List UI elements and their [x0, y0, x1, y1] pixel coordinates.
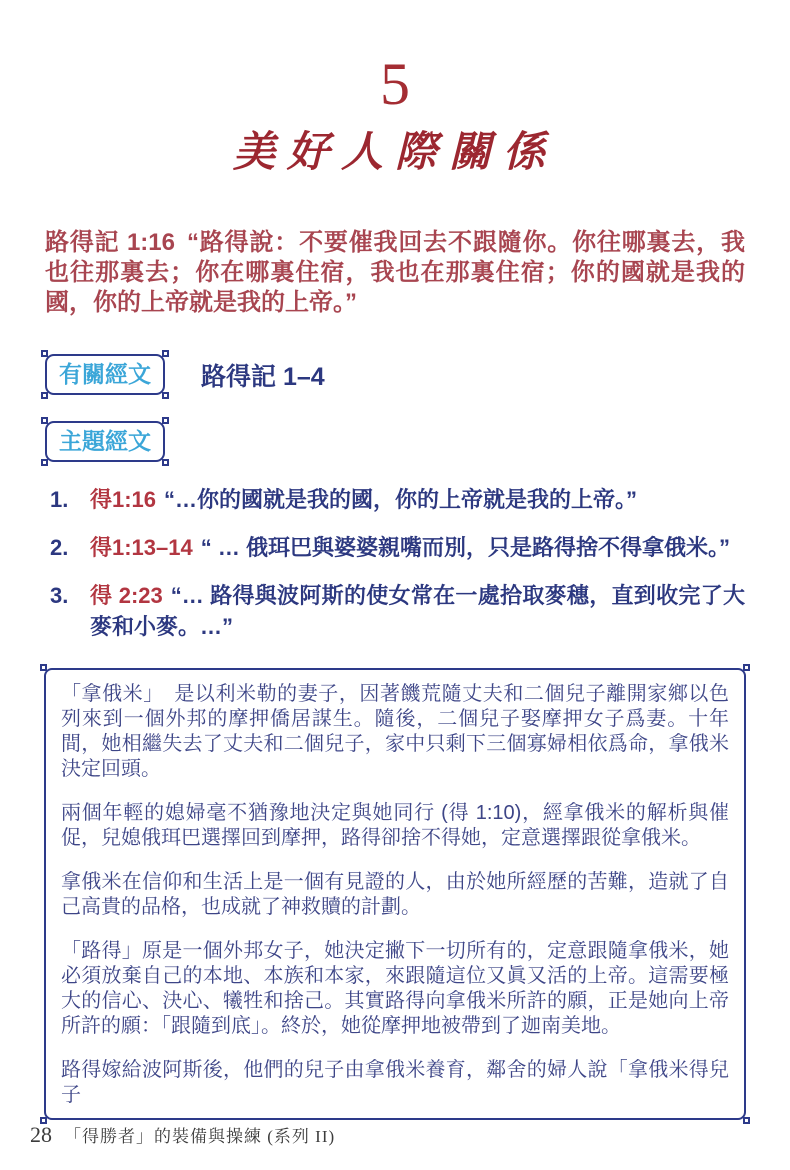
scripture-quote: “… 路得與波阿斯的使女常在一處拾取麥穗，直到收完了大麥和小麥。…” [90, 583, 745, 639]
list-item: 2. 得1:13–14“ … 俄珥巴與婆婆親嘴而別，只是路得捨不得拿俄米。” [50, 532, 745, 563]
list-item: 3. 得 2:23“… 路得與波阿斯的使女常在一處拾取麥穗，直到收完了大麥和小麥… [50, 580, 745, 642]
scripture-reference: 得1:13–14 [90, 535, 193, 560]
list-item-body: 得1:13–14“ … 俄珥巴與婆婆親嘴而別，只是路得捨不得拿俄米。” [90, 532, 745, 563]
theme-scripture-list: 1. 得1:16“…你的國就是我的國，你的上帝就是我的上帝。” 2. 得1:13… [50, 484, 745, 642]
frame-corner-decoration [743, 664, 750, 671]
list-item: 1. 得1:16“…你的國就是我的國，你的上帝就是我的上帝。” [50, 484, 745, 515]
related-scripture-tag: 有關經文 [45, 354, 165, 395]
frame-corner-decoration [743, 1117, 750, 1124]
frame-corner-decoration [162, 350, 169, 357]
commentary-paragraph: 「拿俄米」 是以利米勒的妻子，因著饑荒隨丈夫和二個兒子離開家鄉以色列來到一個外邦… [61, 682, 729, 782]
book-title: 「得勝者」的裝備與操練 (系列 II) [64, 1122, 335, 1147]
commentary-box: 「拿俄米」 是以利米勒的妻子，因著饑荒隨丈夫和二個兒子離開家鄉以色列來到一個外邦… [44, 668, 746, 1120]
frame-corner-decoration [40, 664, 47, 671]
list-item-body: 得1:16“…你的國就是我的國，你的上帝就是我的上帝。” [90, 484, 745, 515]
commentary-paragraph: 「路得」原是一個外邦女子，她決定撇下一切所有的，定意跟隨拿俄米，她必須放棄自己的… [61, 939, 729, 1039]
commentary-paragraph: 路得嫁給波阿斯後，他們的兒子由拿俄米養育，鄰舍的婦人說「拿俄米得兒子 [61, 1058, 729, 1108]
chapter-number: 5 [0, 0, 790, 118]
theme-scripture-tag: 主題經文 [45, 421, 165, 462]
frame-corner-decoration [41, 417, 48, 424]
scripture-quote: “ … 俄珥巴與婆婆親嘴而別，只是路得捨不得拿俄米。” [201, 535, 730, 560]
scripture-reference: 得1:16 [90, 487, 156, 512]
commentary-paragraph: 兩個年輕的媳婦毫不猶豫地決定與她同行 (得 1:10)，經拿俄米的解析與催促，兒… [61, 801, 729, 851]
page-number: 28 [30, 1122, 52, 1148]
frame-corner-decoration [162, 417, 169, 424]
related-scripture-value: 路得記 1–4 [201, 357, 325, 393]
page-footer: 28 「得勝者」的裝備與操練 (系列 II) [30, 1122, 335, 1148]
scripture-quote: “…你的國就是我的國，你的上帝就是我的上帝。” [164, 487, 637, 512]
theme-scripture-row: 主題經文 [45, 421, 745, 462]
scripture-reference: 得 2:23 [90, 583, 163, 608]
commentary-paragraph: 拿俄米在信仰和生活上是一個有見證的人，由於她所經歷的苦難，造就了自己高貴的品格，… [61, 870, 729, 920]
opening-quote-reference: 路得記 1:16 [45, 229, 175, 256]
theme-scripture-label: 主題經文 [59, 428, 151, 454]
frame-corner-decoration [162, 392, 169, 399]
frame-corner-decoration [162, 459, 169, 466]
related-scripture-label: 有關經文 [59, 361, 151, 387]
list-item-number: 1. [50, 484, 90, 515]
list-item-body: 得 2:23“… 路得與波阿斯的使女常在一處拾取麥穗，直到收完了大麥和小麥。…” [90, 580, 745, 642]
frame-corner-decoration [41, 459, 48, 466]
frame-corner-decoration [41, 392, 48, 399]
related-scripture-row: 有關經文 路得記 1–4 [45, 354, 745, 395]
opening-quote: 路得記 1:16“路得說：不要催我回去不跟隨你。你往哪裏去，我也往那裏去；你在哪… [45, 228, 745, 318]
frame-corner-decoration [41, 350, 48, 357]
list-item-number: 3. [50, 580, 90, 642]
chapter-title: 美好人際關係 [0, 126, 790, 178]
list-item-number: 2. [50, 532, 90, 563]
book-page: { "header": { "chapter_number": "5", "ch… [0, 0, 790, 1170]
